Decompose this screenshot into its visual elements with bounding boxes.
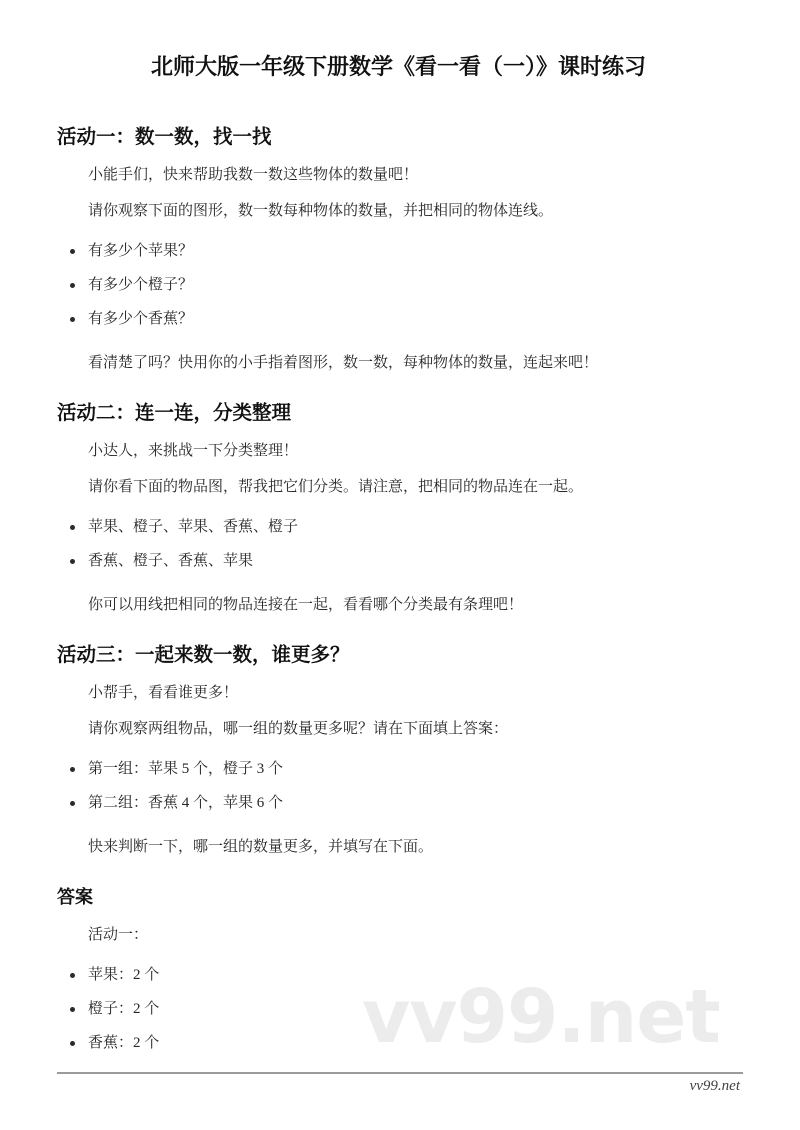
list-item-text: 有多少个橙子？ — [88, 277, 193, 293]
bullet-dot-icon — [70, 973, 75, 978]
worksheet-page: vv99.net 北师大版一年级下册数学《看一看（一）》课时练习 活动一：数一数… — [0, 0, 800, 1130]
section-heading-activity-2: 活动二：连一连，分类整理 — [57, 400, 740, 426]
list-item: 橙子：2 个 — [57, 999, 740, 1020]
activity-3-instruction: 请你观察两组物品，哪一组的数量更多呢？请在下面填上答案： — [88, 719, 740, 740]
activity-3-intro: 小帮手，看看谁更多！ — [88, 683, 740, 704]
list-item: 香蕉：2 个 — [57, 1033, 740, 1054]
list-item: 苹果：2 个 — [57, 965, 740, 986]
list-item: 香蕉、橙子、香蕉、苹果 — [57, 551, 740, 572]
list-item-text: 有多少个香蕉？ — [88, 311, 193, 327]
bullet-dot-icon — [70, 1007, 75, 1012]
list-item: 有多少个橙子？ — [57, 275, 740, 296]
list-item: 有多少个苹果？ — [57, 241, 740, 262]
list-item-text: 第二组：香蕉 4 个，苹果 6 个 — [88, 795, 283, 811]
list-item: 第一组：苹果 5 个，橙子 3 个 — [57, 759, 740, 780]
bullet-dot-icon — [70, 767, 75, 772]
footer-site-label: vv99.net — [690, 1078, 740, 1095]
section-heading-activity-3: 活动三：一起来数一数，谁更多？ — [57, 642, 740, 668]
page-title: 北师大版一年级下册数学《看一看（一）》课时练习 — [57, 52, 740, 82]
activity-1-intro: 小能手们，快来帮助我数一数这些物体的数量吧！ — [88, 165, 740, 186]
activity-1-outro: 看清楚了吗？快用你的小手指着图形，数一数，每种物体的数量，连起来吧！ — [88, 353, 740, 374]
list-item-text: 香蕉：2 个 — [88, 1035, 159, 1051]
answers-label: 活动一： — [88, 925, 740, 946]
list-item-text: 苹果、橙子、苹果、香蕉、橙子 — [88, 519, 298, 535]
answers-bullet-list: 苹果：2 个 橙子：2 个 香蕉：2 个 — [57, 965, 740, 1054]
bullet-dot-icon — [70, 249, 75, 254]
list-item-text: 香蕉、橙子、香蕉、苹果 — [88, 553, 253, 569]
activity-2-outro: 你可以用线把相同的物品连接在一起，看看哪个分类最有条理吧！ — [88, 595, 740, 616]
list-item: 第二组：香蕉 4 个，苹果 6 个 — [57, 793, 740, 814]
activity-3-outro: 快来判断一下，哪一组的数量更多，并填写在下面。 — [88, 837, 740, 858]
bullet-dot-icon — [70, 525, 75, 530]
activity-1-instruction: 请你观察下面的图形，数一数每种物体的数量，并把相同的物体连线。 — [88, 201, 740, 222]
bullet-dot-icon — [70, 801, 75, 806]
section-heading-answers: 答案 — [57, 884, 740, 910]
list-item: 苹果、橙子、苹果、香蕉、橙子 — [57, 517, 740, 538]
activity-2-bullet-list: 苹果、橙子、苹果、香蕉、橙子 香蕉、橙子、香蕉、苹果 — [57, 517, 740, 572]
activity-3-bullet-list: 第一组：苹果 5 个，橙子 3 个 第二组：香蕉 4 个，苹果 6 个 — [57, 759, 740, 814]
activity-2-instruction: 请你看下面的物品图，帮我把它们分类。请注意，把相同的物品连在一起。 — [88, 477, 740, 498]
bullet-dot-icon — [70, 559, 75, 564]
activity-1-bullet-list: 有多少个苹果？ 有多少个橙子？ 有多少个香蕉？ — [57, 241, 740, 330]
bullet-dot-icon — [70, 283, 75, 288]
list-item-text: 第一组：苹果 5 个，橙子 3 个 — [88, 761, 283, 777]
bullet-dot-icon — [70, 1041, 75, 1046]
section-heading-activity-1: 活动一：数一数，找一找 — [57, 124, 740, 150]
list-item: 有多少个香蕉？ — [57, 309, 740, 330]
document-content: 北师大版一年级下册数学《看一看（一）》课时练习 活动一：数一数，找一找 小能手们… — [0, 52, 800, 1054]
footer-divider — [57, 1072, 743, 1074]
list-item-text: 苹果：2 个 — [88, 967, 159, 983]
list-item-text: 有多少个苹果？ — [88, 243, 193, 259]
list-item-text: 橙子：2 个 — [88, 1001, 159, 1017]
bullet-dot-icon — [70, 317, 75, 322]
activity-2-intro: 小达人，来挑战一下分类整理！ — [88, 441, 740, 462]
